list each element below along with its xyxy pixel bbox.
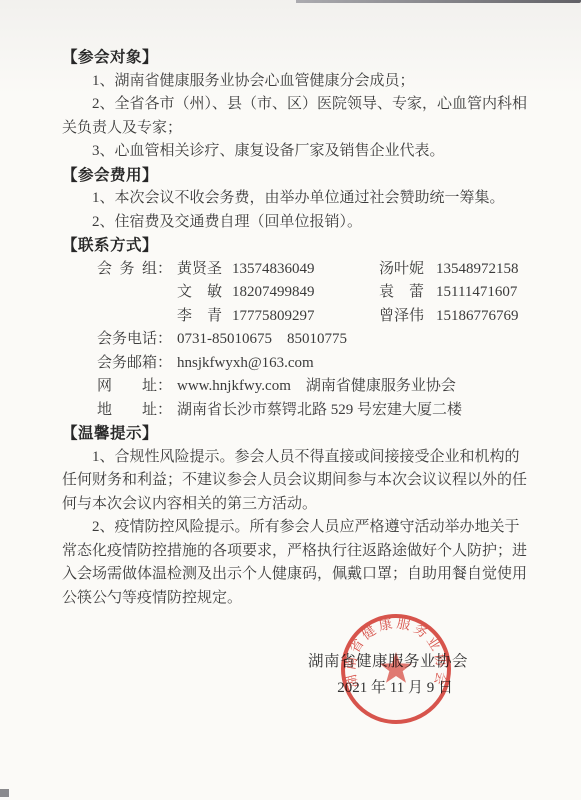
official-seal: 湖南省健康服务业协会 bbox=[335, 608, 457, 730]
section-attendees: 【参会对象】 1、湖南省健康服务业协会心血管健康分会成员； 2、全省各市（州）、… bbox=[62, 46, 530, 164]
staff-name: 袁 蕾 bbox=[379, 281, 436, 305]
contact-info-row-website: 网 址： www.hnjkfwy.com 湖南省健康服务业协会 bbox=[97, 375, 530, 399]
fees-item: 2、住宿费及交通费自理（回单位报销）。 bbox=[62, 211, 530, 235]
contact-label: 会务电话： bbox=[97, 328, 177, 352]
section-fees: 【参会费用】 1、本次会议不收会务费，由举办单位通过社会赞助统一筹集。 2、住宿… bbox=[62, 164, 530, 235]
staff-name: 黄贤圣 bbox=[177, 258, 232, 282]
section-title-contact: 【联系方式】 bbox=[62, 234, 530, 258]
staff-phone: 18207499849 bbox=[232, 281, 355, 305]
document-body: 【参会对象】 1、湖南省健康服务业协会心血管健康分会成员； 2、全省各市（州）、… bbox=[62, 46, 530, 610]
staff-phone: 15186776769 bbox=[436, 305, 519, 329]
section-title-tips: 【温馨提示】 bbox=[62, 422, 530, 446]
section-contact: 【联系方式】 会 务 组： 黄贤圣 13574836049 汤叶妮 135489… bbox=[62, 234, 530, 422]
tips-item: 1、合规性风险提示。参会人员不得直接或间接接受企业和机构的任何财务和利益；不建议… bbox=[62, 446, 530, 517]
tips-item: 2、疫情防控风险提示。所有参会人员应严格遵守活动举办地关于常态化疫情防控措施的各… bbox=[62, 516, 530, 610]
fees-item: 1、本次会议不收会务费，由举办单位通过社会赞助统一筹集。 bbox=[62, 187, 530, 211]
attendees-item: 2、全省各市（州）、县（市、区）医院领导、专家，心血管内科相关负责人及专家； bbox=[62, 93, 530, 140]
scan-artifact-top-edge bbox=[296, 0, 581, 3]
contact-label-spacer bbox=[97, 305, 177, 329]
contact-info-row-email: 会务邮箱： hnsjkfwyxh@163.com bbox=[97, 352, 530, 376]
staff-name: 李 青 bbox=[177, 305, 232, 329]
attendees-item: 3、心血管相关诊疗、康复设备厂家及销售企业代表。 bbox=[62, 140, 530, 164]
seal-star-icon bbox=[380, 652, 412, 683]
attendees-item: 1、湖南省健康服务业协会心血管健康分会成员； bbox=[62, 70, 530, 94]
contact-label: 会 务 组： bbox=[97, 258, 177, 282]
staff-name: 曾泽伟 bbox=[379, 305, 436, 329]
staff-name: 汤叶妮 bbox=[379, 258, 436, 282]
section-title-fees: 【参会费用】 bbox=[62, 164, 530, 188]
contact-value-phone: 0731-85010675 85010775 bbox=[177, 328, 347, 352]
contact-block: 会 务 组： 黄贤圣 13574836049 汤叶妮 13548972158 文… bbox=[97, 258, 530, 423]
contact-label: 网 址： bbox=[97, 375, 177, 399]
staff-phone: 13548972158 bbox=[436, 258, 519, 282]
scan-artifact-corner bbox=[0, 789, 9, 797]
section-tips: 【温馨提示】 1、合规性风险提示。参会人员不得直接或间接接受企业和机构的任何财务… bbox=[62, 422, 530, 610]
section-title-attendees: 【参会对象】 bbox=[62, 46, 530, 70]
contact-staff-row: 会 务 组： 黄贤圣 13574836049 汤叶妮 13548972158 bbox=[97, 258, 530, 282]
contact-info-row-phone: 会务电话： 0731-85010675 85010775 bbox=[97, 328, 530, 352]
staff-phone: 17775809297 bbox=[232, 305, 355, 329]
contact-staff-row: 文 敏 18207499849 袁 蕾 15111471607 bbox=[97, 281, 530, 305]
contact-value-email: hnsjkfwyxh@163.com bbox=[177, 352, 314, 376]
contact-label: 会务邮箱： bbox=[97, 352, 177, 376]
staff-phone: 13574836049 bbox=[232, 258, 355, 282]
contact-label-spacer bbox=[97, 281, 177, 305]
staff-name: 文 敏 bbox=[177, 281, 232, 305]
contact-value-address: 湖南省长沙市蔡锷北路 529 号宏建大厦二楼 bbox=[177, 399, 462, 423]
contact-info-row-address: 地 址： 湖南省长沙市蔡锷北路 529 号宏建大厦二楼 bbox=[97, 399, 530, 423]
staff-phone: 15111471607 bbox=[436, 281, 517, 305]
contact-label: 地 址： bbox=[97, 399, 177, 423]
contact-value-website: www.hnjkfwy.com 湖南省健康服务业协会 bbox=[177, 375, 456, 399]
contact-staff-row: 李 青 17775809297 曾泽伟 15186776769 bbox=[97, 305, 530, 329]
